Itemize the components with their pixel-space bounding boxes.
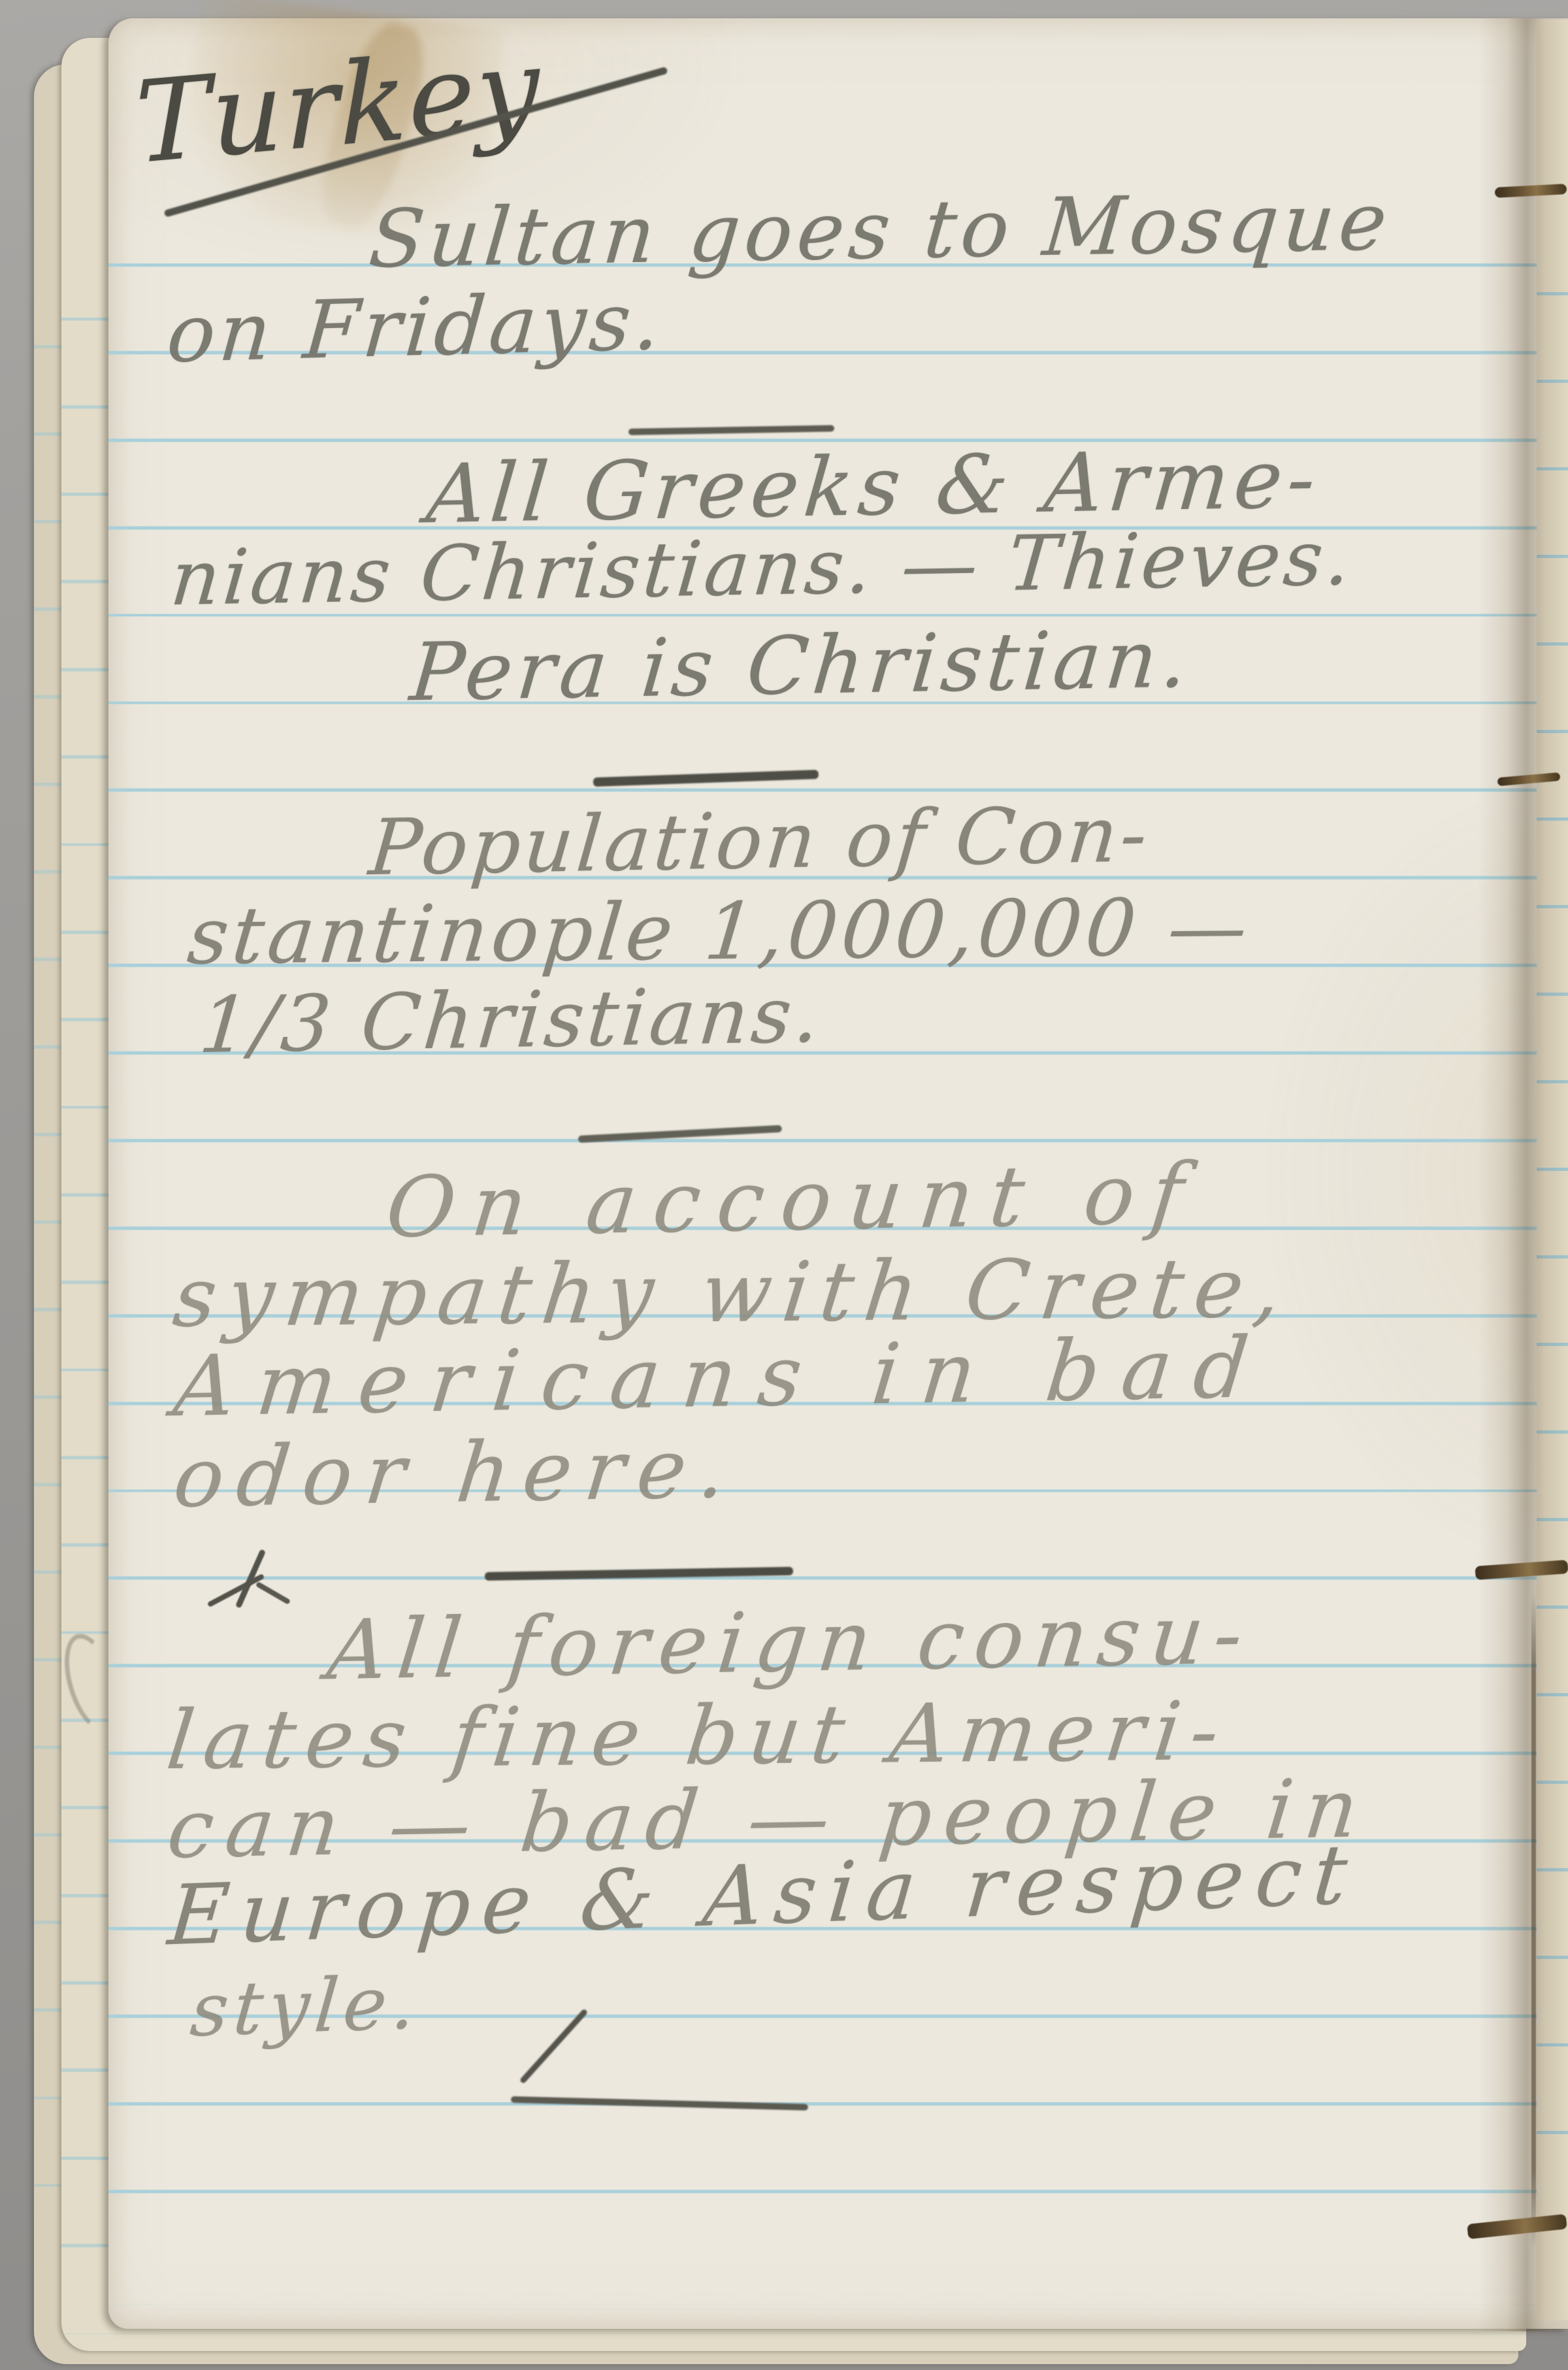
note-line-pera: Pera is Christian.: [407, 612, 1196, 719]
note-line-style: style.: [188, 1960, 425, 2054]
binding-gutter-shadow: [1478, 18, 1568, 2331]
note-line-population: Population of Con-: [366, 789, 1154, 893]
note-line-americans: Americans in bad: [169, 1319, 1275, 1436]
note-line-consulates: All foreign consu-: [323, 1586, 1258, 1698]
gutter-seam-tear: [1531, 1594, 1536, 2248]
check-mark: [199, 1550, 278, 1632]
note-line-sultan: Sultan goes to Mosque: [366, 175, 1396, 286]
note-line-stantinople: stantinople 1,000,000 —: [184, 882, 1255, 982]
notebook-photo: Turkey Sultan goes to Mosque on Fridays.…: [0, 0, 1568, 2370]
note-line-on-account: On account of: [382, 1145, 1205, 1257]
note-line-odor: odor here.: [170, 1420, 744, 1526]
note-line-one-third: 1/3 Christians.: [196, 969, 826, 1070]
note-line-fridays: on Fridays.: [164, 274, 668, 380]
